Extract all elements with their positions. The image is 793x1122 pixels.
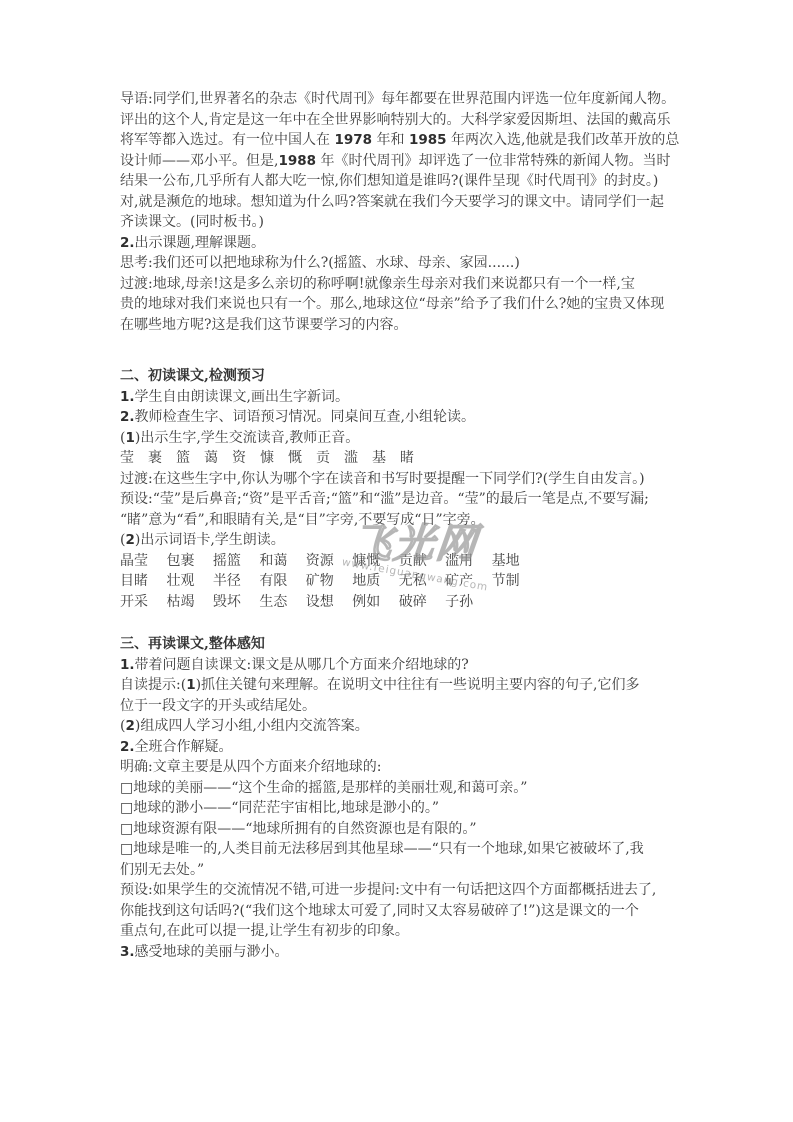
- section-heading: 二、初读课文,检测预习: [120, 366, 740, 387]
- doc-line: 过渡:地球,母亲!这是多么亲切的称呼啊!就像亲生母亲对我们来说都只有一个一样,宝: [120, 274, 740, 295]
- doc-line: 将军等都入选过。有一位中国人在 1978 年和 1985 年两次入选,他就是我们…: [120, 130, 740, 151]
- doc-line: 导语:同学们,世界著名的杂志《时代周刊》每年都要在世界范围内评选一位年度新闻人物…: [120, 89, 740, 110]
- doc-line: 自读提示:(1)抓住关键句来理解。在说明文中往往有一些说明主要内容的句子,它们多: [120, 675, 740, 696]
- doc-line: 莹 裹 篮 蔼 资 慷 慨 贡 滥 基 睹: [120, 448, 740, 469]
- doc-line: 贵的地球对我们来说也只有一个。那么,地球这位“母亲”给予了我们什么?她的宝贵又体…: [120, 294, 740, 315]
- doc-line: 思考:我们还可以把地球称为什么?(摇篮、水球、母亲、家园......): [120, 253, 740, 274]
- document-body: 导语:同学们,世界著名的杂志《时代周刊》每年都要在世界范围内评选一位年度新闻人物…: [120, 89, 740, 962]
- doc-line: 齐读课文。(同时板书。): [120, 212, 740, 233]
- doc-line: 2.出示课题,理解课题。: [120, 233, 740, 254]
- doc-line: 重点句,在此可以提一提,让学生有初步的印象。: [120, 921, 740, 942]
- doc-line: (2)组成四人学习小组,小组内交流答案。: [120, 716, 740, 737]
- doc-line: 位于一段文字的开头或结尾处。: [120, 696, 740, 717]
- intro-block: 导语:同学们,世界著名的杂志《时代周刊》每年都要在世界范围内评选一位年度新闻人物…: [120, 89, 740, 335]
- doc-line: 2.教师检查生字、词语预习情况。同桌间互查,小组轮读。: [120, 407, 740, 428]
- doc-line: 在哪些地方呢?这是我们这节课要学习的内容。: [120, 315, 740, 336]
- doc-line: 结果一公布,几乎所有人都大吃一惊,你们想知道是谁吗?(课件呈现《时代周刊》的封皮…: [120, 171, 740, 192]
- doc-line: (1)出示生字,学生交流读音,教师正音。: [120, 428, 740, 449]
- doc-line: 开采 枯竭 毁坏 生态 设想 例如 破碎 子孙: [120, 592, 740, 613]
- doc-line: 评出的这个人,肯定是这一年中在全世界影响特别大的。大科学家爱因斯坦、法国的戴高乐: [120, 110, 740, 131]
- doc-line: 1.学生自由朗读课文,画出生字新词。: [120, 387, 740, 408]
- doc-line: □地球的美丽——“这个生命的摇篮,是那样的美丽壮观,和蔼可亲。”: [120, 778, 740, 799]
- doc-line: 预设:“莹”是后鼻音;“资”是平舌音;“篮”和“滥”是边音。“莹”的最后一笔是点…: [120, 489, 740, 510]
- doc-line: □地球的渺小——“同茫茫宇宙相比,地球是渺小的。”: [120, 798, 740, 819]
- doc-line: 明确:文章主要是从四个方面来介绍地球的:: [120, 757, 740, 778]
- section-heading: 三、再读课文,整体感知: [120, 634, 740, 655]
- doc-line: 目睹 壮观 半径 有限 矿物 地质 无私 矿产 节制: [120, 571, 740, 592]
- doc-line: 过渡:在这些生字中,你认为哪个字在读音和书写时要提醒一下同学们?(学生自由发言。…: [120, 469, 740, 490]
- doc-line: “睹”意为“看”,和眼睛有关,是“目”字旁,不要写成“日”字旁。: [120, 510, 740, 531]
- doc-line: 2.全班合作解疑。: [120, 737, 740, 758]
- section-2-block: 二、初读课文,检测预习1.学生自由朗读课文,画出生字新词。2.教师检查生字、词语…: [120, 366, 740, 612]
- page: { "page": { "background": "#ffffff", "te…: [0, 0, 793, 1122]
- doc-line: 3.感受地球的美丽与渺小。: [120, 942, 740, 963]
- doc-line: □地球资源有限——“地球所拥有的自然资源也是有限的。”: [120, 819, 740, 840]
- doc-line: (2)出示词语卡,学生朗读。: [120, 530, 740, 551]
- doc-line: 们别无去处。”: [120, 860, 740, 881]
- doc-line: 晶莹 包裹 摇篮 和蔼 资源 慷慨 贡献 滥用 基地: [120, 551, 740, 572]
- doc-line: 对,就是濒危的地球。想知道为什么吗?答案就在我们今天要学习的课文中。请同学们一起: [120, 192, 740, 213]
- section-3-block: 三、再读课文,整体感知1.带着问题自读课文:课文是从哪几个方面来介绍地球的?自读…: [120, 634, 740, 962]
- doc-line: 预设:如果学生的交流情况不错,可进一步提问:文中有一句话把这四个方面都概括进去了…: [120, 880, 740, 901]
- doc-line: □地球是唯一的,人类目前无法移居到其他星球——“只有一个地球,如果它被破坏了,我: [120, 839, 740, 860]
- doc-line: 你能找到这句话吗?(“我们这个地球太可爱了,同时又太容易破碎了!”)这是课文的一…: [120, 901, 740, 922]
- doc-line: 设计师——邓小平。但是,1988 年《时代周刊》却评选了一位非常特殊的新闻人物。…: [120, 151, 740, 172]
- doc-line: 1.带着问题自读课文:课文是从哪几个方面来介绍地球的?: [120, 655, 740, 676]
